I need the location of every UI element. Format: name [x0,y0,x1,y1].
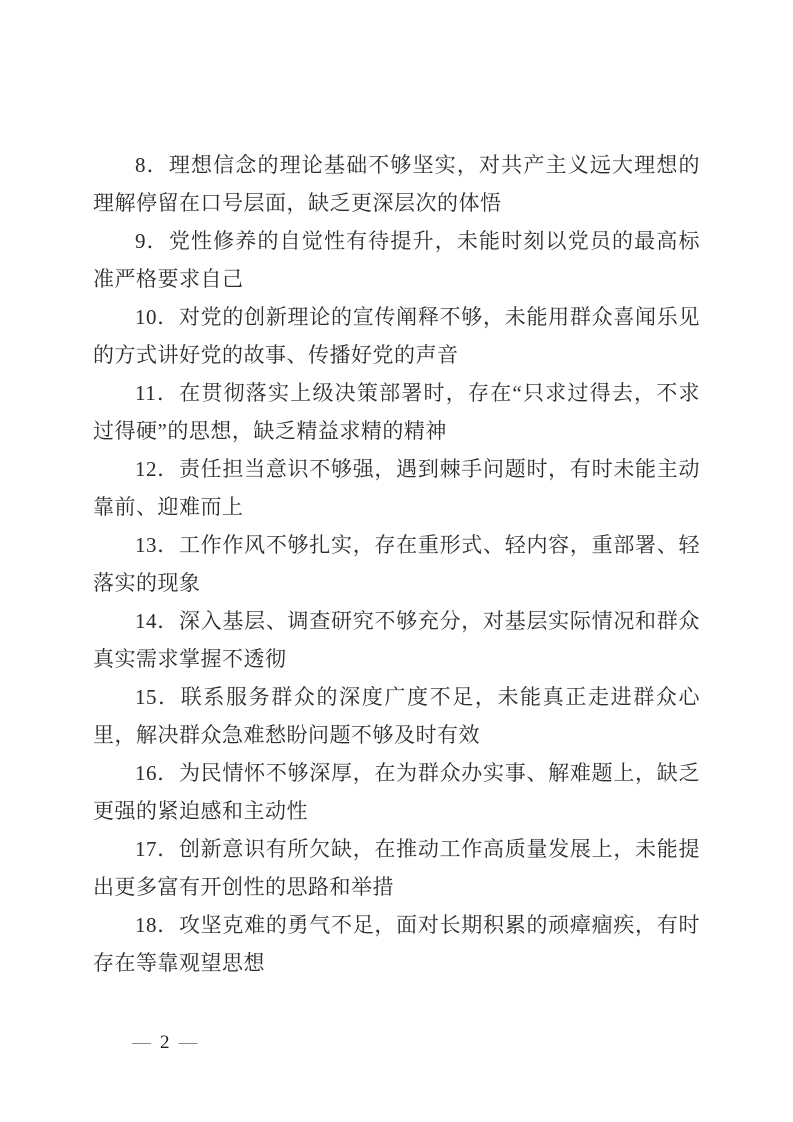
list-item-14: 14．深入基层、调查研究不够充分，对基层实际情况和群众真实需求掌握不透彻 [93,602,700,678]
list-item-16: 16．为民情怀不够深厚，在为群众办实事、解难题上，缺乏更强的紧迫感和主动性 [93,754,700,830]
document-page: 8．理想信念的理论基础不够坚实，对共产主义远大理想的理解停留在口号层面，缺乏更深… [0,0,793,1122]
footer-dash-right: — [179,1032,198,1054]
list-item-15: 15．联系服务群众的深度广度不足，未能真正走进群众心里，解决群众急难愁盼问题不够… [93,678,700,754]
list-item-8: 8．理想信念的理论基础不够坚实，对共产主义远大理想的理解停留在口号层面，缺乏更深… [93,146,700,222]
list-item-10: 10．对党的创新理论的宣传阐释不够，未能用群众喜闻乐见的方式讲好党的故事、传播好… [93,298,700,374]
list-item-17: 17．创新意识有所欠缺，在推动工作高质量发展上，未能提出更多富有开创性的思路和举… [93,830,700,906]
list-item-12: 12．责任担当意识不够强，遇到棘手问题时，有时未能主动靠前、迎难而上 [93,450,700,526]
document-body: 8．理想信念的理论基础不够坚实，对共产主义远大理想的理解停留在口号层面，缺乏更深… [93,146,700,982]
footer-dash-left: — [132,1032,151,1054]
list-item-9: 9．党性修养的自觉性有待提升，未能时刻以党员的最高标准严格要求自己 [93,222,700,298]
list-item-13: 13．工作作风不够扎实，存在重形式、轻内容，重部署、轻落实的现象 [93,526,700,602]
page-number: 2 [160,1032,170,1054]
page-footer: — 2 — [132,1032,198,1054]
list-item-11: 11．在贯彻落实上级决策部署时，存在“只求过得去，不求过得硬”的思想，缺乏精益求… [93,374,700,450]
list-item-18: 18．攻坚克难的勇气不足，面对长期积累的顽瘴痼疾，有时存在等靠观望思想 [93,906,700,982]
